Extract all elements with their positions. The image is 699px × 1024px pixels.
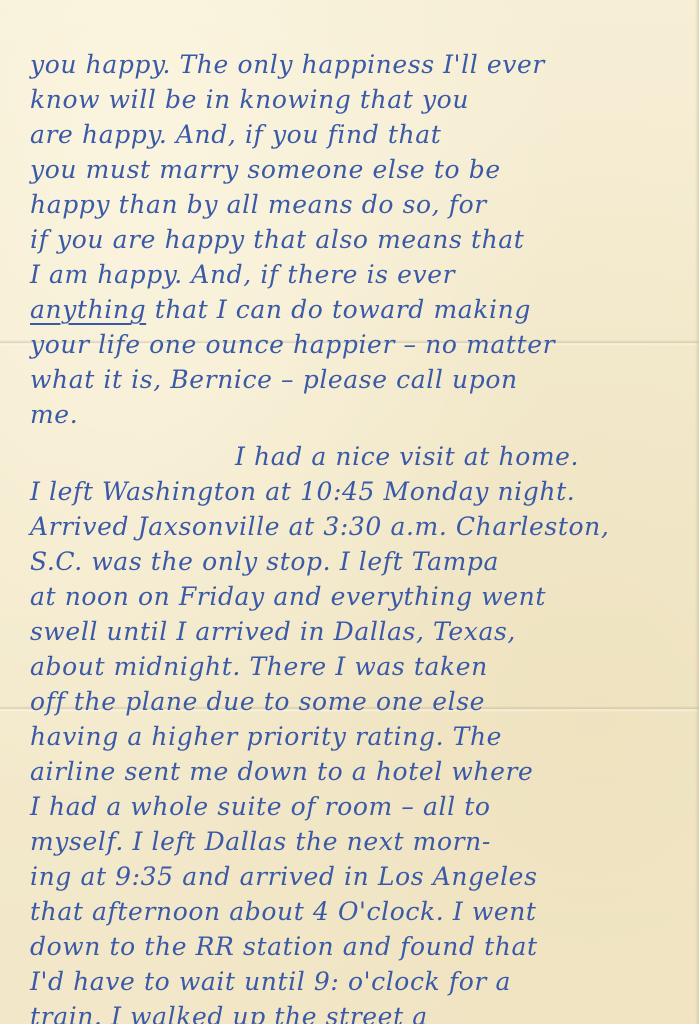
letter-line: Arrived Jaxsonville at 3:30 a.m. Charles… [30,512,609,542]
letter-line: that afternoon about 4 O'clock. I went [30,897,537,927]
letter-line: swell until I arrived in Dallas, Texas, [30,617,516,647]
letter-line: airline sent me down to a hotel where [30,757,533,787]
letter-line: you happy. The only happiness I'll ever [30,50,545,80]
letter-line: having a higher priority rating. The [30,722,502,752]
line-remainder: that I can do toward making [146,295,531,324]
letter-line: down to the RR station and found that [30,932,538,962]
letter-line: are happy. And, if you find that [30,120,441,150]
letter-line: happy than by all means do so, for [30,190,487,220]
letter-line: I had a whole suite of room – all to [30,792,491,822]
letter-line: anything that I can do toward making [30,295,531,325]
letter-line: ing at 9:35 and arrived in Los Angeles [30,862,538,892]
letter-line: at noon on Friday and everything went [30,582,546,612]
letter-page: you happy. The only happiness I'll ever … [0,0,699,1024]
handwritten-text: you happy. The only happiness I'll ever … [0,0,699,1024]
letter-line: about midnight. There I was taken [30,652,488,682]
letter-line: I'd have to wait until 9: o'clock for a [30,967,511,997]
underlined-word: anything [30,295,146,324]
letter-line: what it is, Bernice – please call upon [30,365,518,395]
letter-line: you must marry someone else to be [30,155,501,185]
letter-line: off the plane due to some one else [30,687,485,717]
letter-line: your life one ounce happier – no matter [30,330,555,360]
letter-line: know will be in knowing that you [30,85,469,115]
letter-line: I had a nice visit at home. [235,442,579,472]
letter-line: S.C. was the only stop. I left Tampa [30,547,499,577]
letter-line: I left Washington at 10:45 Monday night. [30,477,575,507]
letter-line: if you are happy that also means that [30,225,524,255]
letter-line: train. I walked up the street a [30,1002,428,1024]
letter-line: I am happy. And, if there is ever [30,260,455,290]
letter-line: myself. I left Dallas the next morn- [30,827,491,857]
letter-line: me. [30,400,78,430]
